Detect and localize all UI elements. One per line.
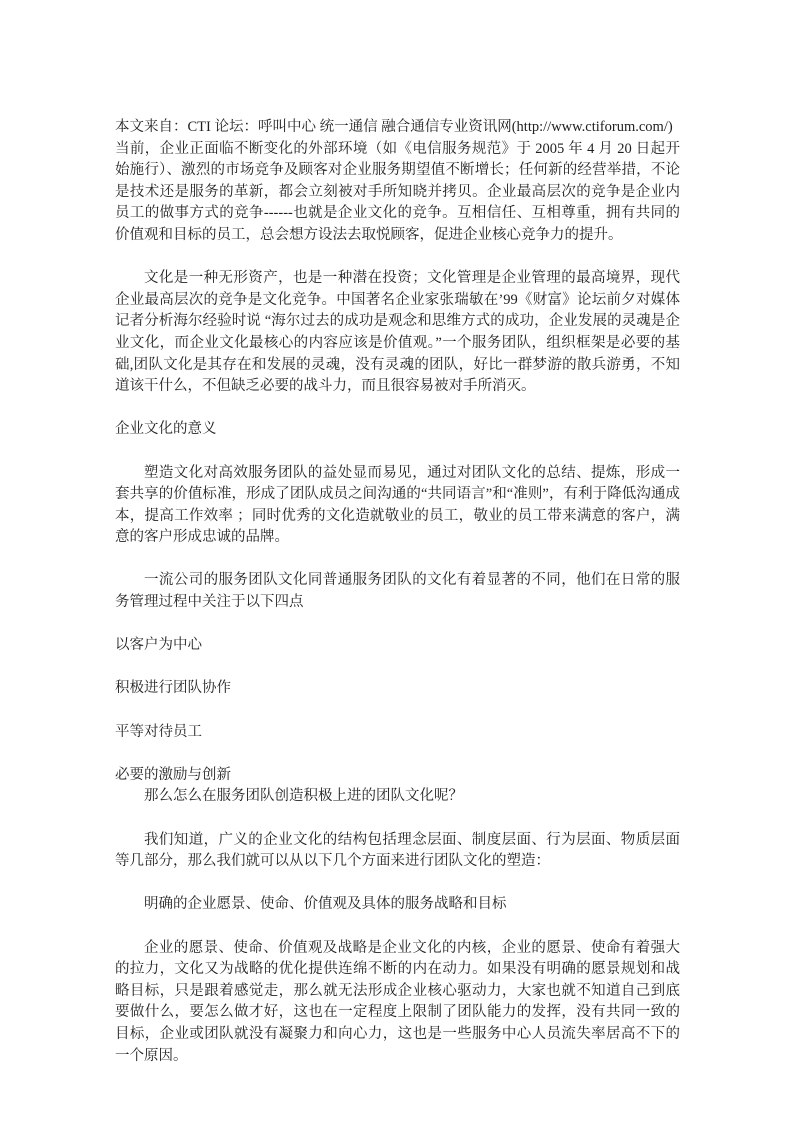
list-item-incentive-innovation: 必要的激励与创新 [115, 765, 680, 787]
subheading-vision-mission: 明确的企业愿景、使命、价值观及具体的服务战略和目标 [115, 894, 680, 916]
paragraph-culture-benefits: 塑造文化对高效服务团队的益处显而易见，通过对团队文化的总结、提炼，形成一套共享的… [115, 463, 680, 549]
list-item-equal-treatment: 平等对待员工 [115, 722, 680, 744]
paragraph-intro: 当前，企业正面临不断变化的外部环境（如《电信服务规范》于 2005 年 4 月 … [115, 139, 680, 247]
paragraph-culture-structure: 我们知道，广义的企业文化的结构包括理念层面、制度层面、行为层面、物质层面等几部分… [115, 830, 680, 873]
paragraph-vision-core: 企业的愿景、使命、价值观及战略是企业文化的内核，企业的愿景、使命有着强大的拉力，… [115, 938, 680, 1068]
paragraph-first-class-teams: 一流公司的服务团队文化同普通服务团队的文化有着显著的不同，他们在日常的服务管理过… [115, 570, 680, 613]
list-item-team-collaboration: 积极进行团队协作 [115, 678, 680, 700]
list-item-customer-centric: 以客户为中心 [115, 635, 680, 657]
source-line: 本文来自：CTI 论坛：呼叫中心 统一通信 融合通信专业资讯网(http://w… [115, 117, 680, 139]
section-heading-culture-meaning: 企业文化的意义 [115, 419, 680, 441]
document-page: 本文来自：CTI 论坛：呼叫中心 统一通信 融合通信专业资讯网(http://w… [0, 0, 793, 1122]
paragraph-question: 那么怎么在服务团队创造积极上进的团队文化呢？ [115, 786, 680, 808]
paragraph-culture-asset: 文化是一种无形资产，也是一种潜在投资；文化管理是企业管理的最高境界，现代企业最高… [115, 268, 680, 398]
